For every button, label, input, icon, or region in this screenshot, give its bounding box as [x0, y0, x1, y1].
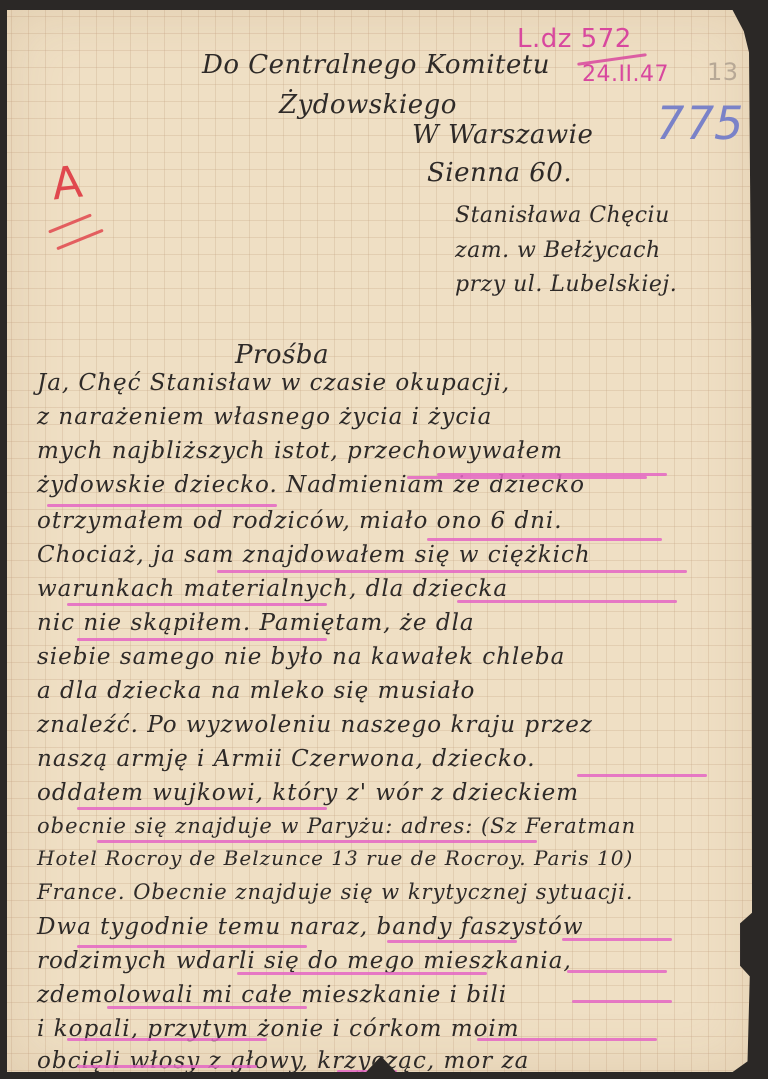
- registry-date: 24.II.47: [582, 62, 669, 87]
- letter-line: a dla dziecka na mleko się musiało: [37, 678, 475, 704]
- addressee-line-2: Żydowskiego: [279, 90, 457, 120]
- highlight-underline: [47, 504, 277, 507]
- highlight-underline: [77, 945, 307, 948]
- letter-line: otrzymałem od rodziców, miało ono 6 dni.: [37, 508, 563, 534]
- highlight-underline: [407, 476, 647, 479]
- letter-line: oddałem wujkowi, który z' wór z dzieckie…: [37, 780, 579, 806]
- letter-line: nic nie skąpiłem. Pamiętam, że dla: [37, 610, 475, 636]
- highlight-underline: [427, 538, 662, 541]
- letter-line: France. Obecnie znajduje się w krytyczne…: [37, 880, 634, 904]
- sender-address-line-2: zam. w Bełżycach: [455, 238, 661, 263]
- file-number: 775: [649, 96, 750, 150]
- document-page: L.dz 572 24.II.47 13 775 A Do Centralneg…: [7, 10, 755, 1072]
- highlight-underline: [77, 1065, 257, 1068]
- highlight-underline: [237, 972, 487, 975]
- category-underline-2: [56, 229, 103, 251]
- highlight-underline: [107, 1006, 307, 1009]
- addressee-line-3: W Warszawie: [412, 120, 593, 150]
- letter-line: z narażeniem własnego życia i życia: [37, 404, 492, 430]
- letter-line: Hotel Rocroy de Belzunce 13 rue de Rocro…: [37, 846, 633, 870]
- letter-line: warunkach materialnych, dla dziecka: [37, 576, 508, 602]
- highlight-underline: [97, 840, 537, 843]
- highlight-underline: [77, 638, 327, 641]
- sender-name: Stanisława Chęciu: [455, 203, 670, 228]
- letter-line: zdemolowali mi całe mieszkanie i bili: [37, 982, 507, 1008]
- highlight-underline: [572, 1000, 672, 1003]
- letter-line: siebie samego nie było na kawałek chleba: [37, 644, 565, 670]
- letter-line: Ja, Chęć Stanisław w czasie okupacji,: [37, 370, 510, 396]
- highlight-underline: [67, 603, 327, 606]
- letter-title: Prośba: [235, 340, 329, 370]
- letter-line: Dwa tygodnie temu naraz, bandy faszystów: [37, 914, 584, 940]
- letter-line: rodzimych wdarli się do mego mieszkania,: [37, 948, 572, 974]
- highlight-underline: [477, 1038, 657, 1041]
- sender-address-line-3: przy ul. Lubelskiej.: [455, 272, 677, 297]
- highlight-underline: [567, 970, 667, 973]
- category-letter: A: [49, 157, 85, 211]
- highlight-underline: [387, 940, 517, 943]
- letter-line: mych najbliższych istot, przechowywałem: [37, 438, 563, 464]
- highlight-underline: [67, 1038, 267, 1041]
- page-number: 13: [707, 58, 739, 86]
- highlight-underline: [217, 570, 687, 573]
- highlight-underline: [337, 1070, 397, 1073]
- addressee-line-1: Do Centralnego Komitetu: [202, 50, 550, 80]
- category-underline-1: [48, 213, 92, 233]
- letter-line: naszą armję i Armii Czerwona, dziecko.: [37, 746, 536, 772]
- addressee-line-4: Sienna 60.: [427, 158, 572, 188]
- letter-line: obecnie się znajduje w Paryżu: adres: (S…: [37, 814, 636, 838]
- letter-line: obcięli włosy z głowy, krzycząc, mor za: [37, 1048, 529, 1074]
- highlight-underline: [577, 774, 707, 777]
- letter-line: znaleźć. Po wyzwoleniu naszego kraju prz…: [37, 712, 593, 738]
- letter-line: Chociaż, ja sam znajdowałem się w ciężki…: [37, 542, 591, 568]
- highlight-underline: [562, 938, 672, 941]
- highlight-underline: [457, 600, 677, 603]
- highlight-underline: [77, 807, 327, 810]
